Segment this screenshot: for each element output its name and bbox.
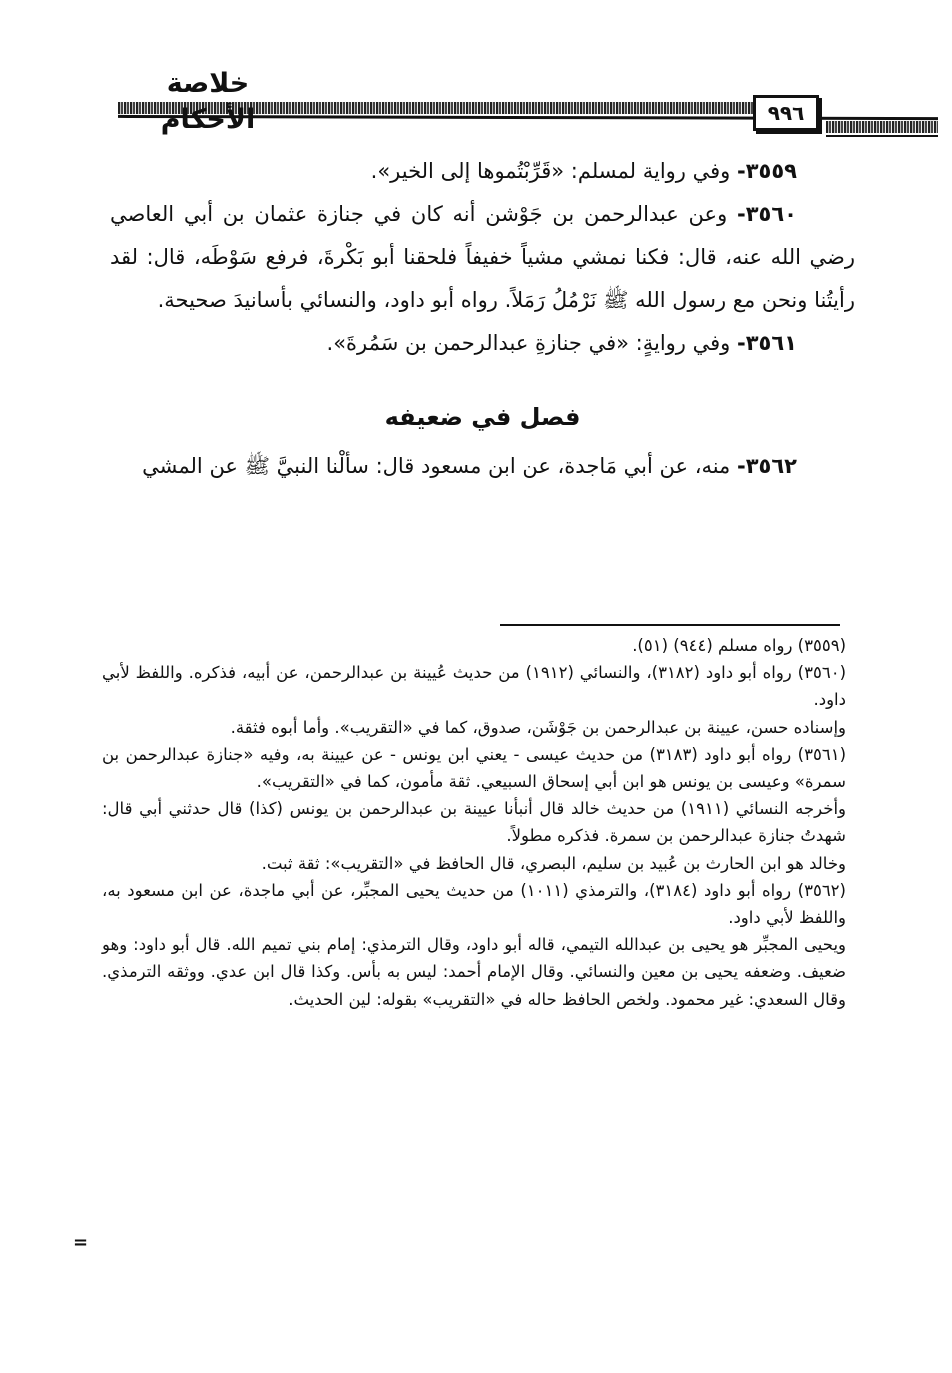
footnote-ref: (٣٥٥٩) <box>798 636 846 655</box>
footnote-3561: (٣٥٦١) رواه أبو داود (٣١٨٣) من حديث عيسى… <box>102 741 846 795</box>
header-rule-small <box>826 135 938 137</box>
page-number-box: ٩٩٦ <box>753 95 819 131</box>
footnote-3560: (٣٥٦٠) رواه أبو داود (٣١٨٢)، والنسائي (١… <box>102 659 846 713</box>
hadith-3562: ٣٥٦٢- منه، عن أبي مَاجدة، عن ابن مسعود ق… <box>110 445 855 488</box>
footnote-text: وإسناده حسن، عيينة بن عبدالرحمن بن جَوْش… <box>231 718 846 737</box>
footnote-3560-comment: وإسناده حسن، عيينة بن عبدالرحمن بن جَوْش… <box>102 714 846 741</box>
footnote-3559: (٣٥٥٩) رواه مسلم (٩٤٤) (٥١). <box>102 632 846 659</box>
header-ornament-band-small <box>826 121 938 133</box>
footnote-ref: (٣٥٦٠) <box>798 663 846 682</box>
hadith-number: ٣٥٦١- <box>737 331 797 355</box>
footnote-ref: (٣٥٦١) <box>798 745 846 764</box>
hadith-number: ٣٥٥٩- <box>737 159 797 183</box>
hadith-3561: ٣٥٦١- وفي روايةٍ: «في جنازةِ عبدالرحمن ب… <box>110 322 855 365</box>
footnote-text: رواه أبو داود (٣١٨٤)، والترمذي (١٠١١) من… <box>102 881 846 927</box>
hadith-number: ٣٥٦٢- <box>737 454 797 478</box>
hadith-3560: ٣٥٦٠- وعن عبدالرحمن بن جَوْشن أنه كان في… <box>110 193 855 322</box>
footnote-3561-khalid: وخالد هو ابن الحارث بن عُبيد بن سليم، ال… <box>102 850 846 877</box>
footnotes: (٣٥٥٩) رواه مسلم (٩٤٤) (٥١). (٣٥٦٠) رواه… <box>102 632 846 1013</box>
book-page: خلاصة الأحكام ٩٩٦ ٣٥٥٩- وفي رواية لمسلم:… <box>0 0 952 1373</box>
footnote-text: وخالد هو ابن الحارث بن عُبيد بن سليم، ال… <box>262 854 846 873</box>
hadith-3559: ٣٥٥٩- وفي رواية لمسلم: «قَرِّبْتُموها إل… <box>110 150 855 193</box>
footnote-text: ويحيى المجبِّر هو يحيى بن عبدالله التيمي… <box>102 935 846 1008</box>
footnote-text: وأخرجه النسائي (١٩١١) من حديث خالد قال أ… <box>102 799 846 845</box>
footnote-text: رواه مسلم (٩٤٤) (٥١). <box>632 636 792 655</box>
continuation-mark: = <box>73 1232 88 1253</box>
footnote-3562-comment: ويحيى المجبِّر هو يحيى بن عبدالله التيمي… <box>102 931 846 1013</box>
footnote-ref: (٣٥٦٢) <box>798 881 846 900</box>
footnote-text: رواه أبو داود (٣١٨٣) من حديث عيسى - يعني… <box>102 745 846 791</box>
main-text: ٣٥٥٩- وفي رواية لمسلم: «قَرِّبْتُموها إل… <box>110 150 855 488</box>
running-head-title: خلاصة الأحكام <box>118 66 298 138</box>
footnote-3561-nasai: وأخرجه النسائي (١٩١١) من حديث خالد قال أ… <box>102 795 846 849</box>
footnote-separator <box>500 624 840 626</box>
hadith-text: وفي روايةٍ: «في جنازةِ عبدالرحمن بن سَمُ… <box>327 331 731 355</box>
hadith-text: وفي رواية لمسلم: «قَرِّبْتُموها إلى الخي… <box>371 159 731 183</box>
footnote-3562: (٣٥٦٢) رواه أبو داود (٣١٨٤)، والترمذي (١… <box>102 877 846 931</box>
section-heading: فصل في ضعيفه <box>110 395 855 439</box>
footnote-text: رواه أبو داود (٣١٨٢)، والنسائي (١٩١٢) من… <box>102 663 846 709</box>
hadith-text: منه، عن أبي مَاجدة، عن ابن مسعود قال: سأ… <box>142 454 730 478</box>
hadith-number: ٣٥٦٠- <box>737 202 797 226</box>
